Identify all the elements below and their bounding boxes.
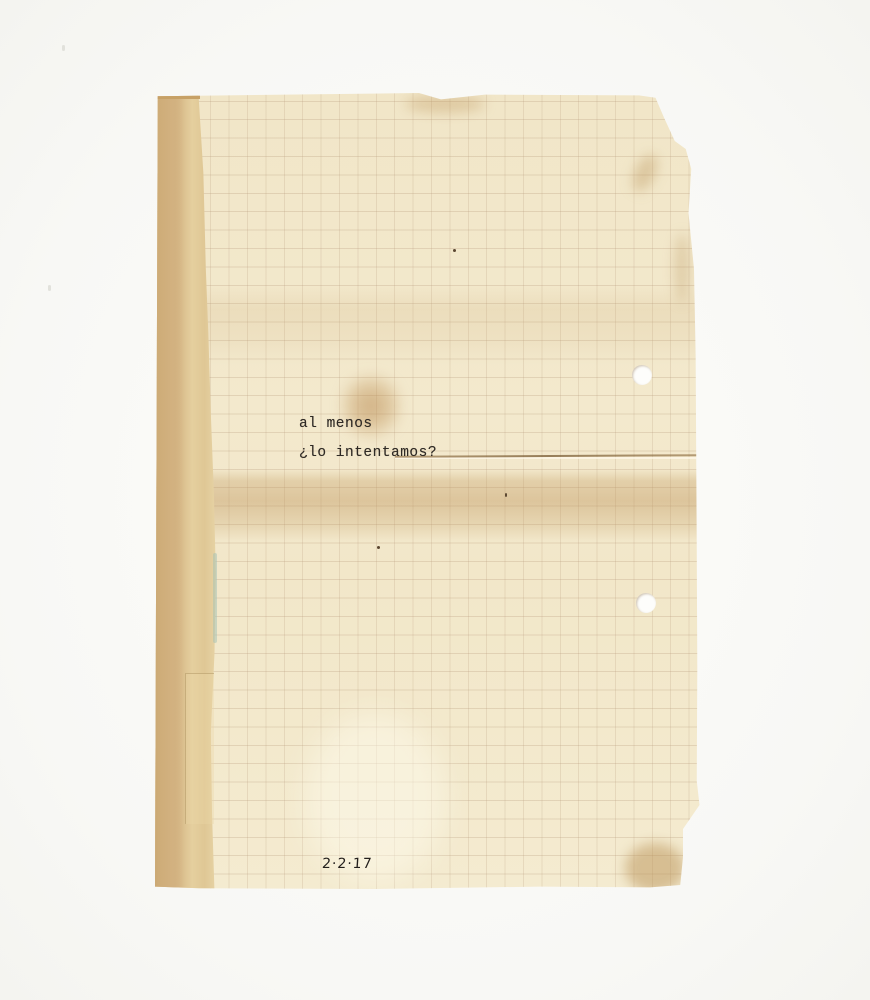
ink-speck [377, 546, 380, 549]
typed-line-1: al menos [299, 416, 373, 432]
right-edge-stain [675, 233, 689, 303]
paper-sheet: al menos ¿lo intentamos? 2·2·17 [155, 93, 705, 893]
punched-hole-lower [636, 593, 656, 613]
background-speck [62, 45, 65, 51]
typed-line-2: ¿lo intentamos? [299, 445, 437, 461]
binding-edge-shadow [155, 93, 185, 893]
ink-speck [453, 249, 456, 252]
tape-fragment [185, 673, 214, 824]
punched-hole-upper [632, 365, 652, 385]
background-speck [48, 285, 51, 291]
handwritten-date: 2·2·17 [321, 856, 373, 872]
ink-speck [505, 493, 507, 497]
binding-tint [213, 553, 217, 643]
